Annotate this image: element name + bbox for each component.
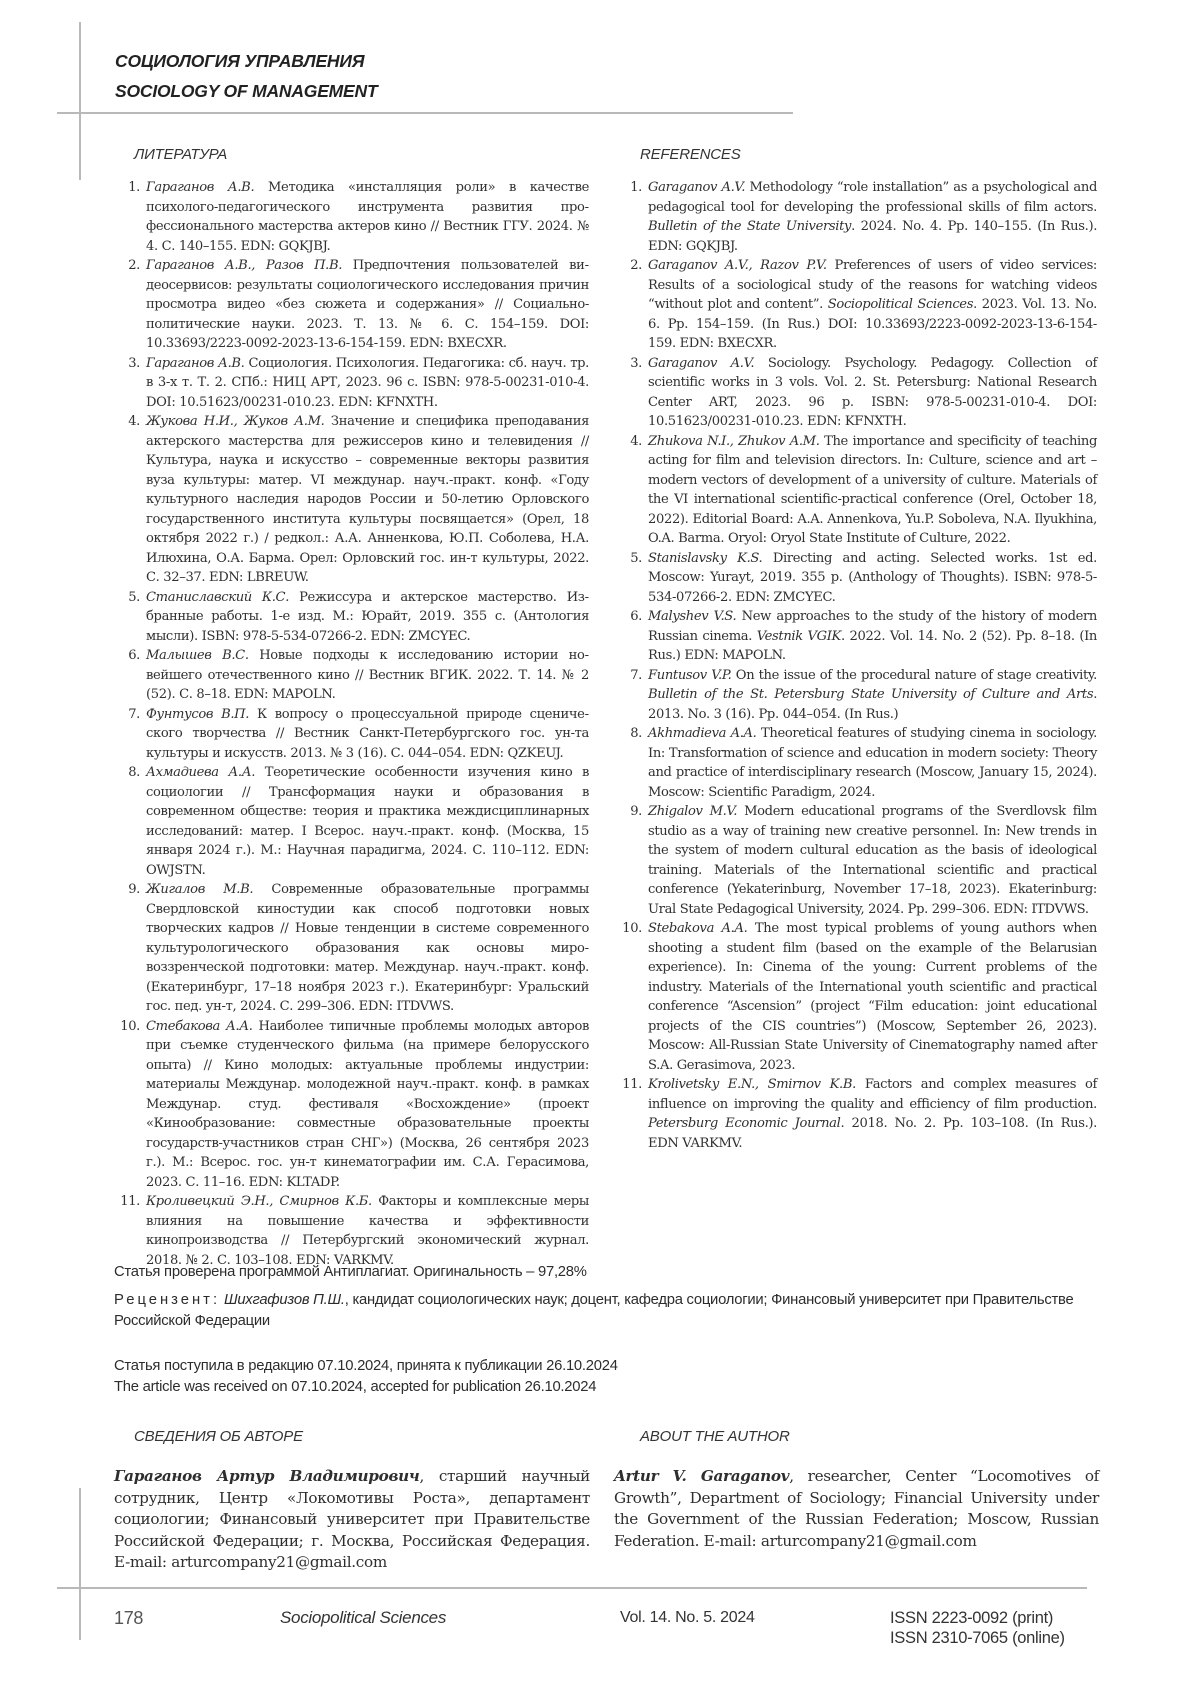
- reference-item: 4.Жукова Н.И., Жуков А.М. Значение и спе…: [112, 412, 589, 588]
- reference-authors: Garaganov A.V.: [648, 180, 745, 195]
- reference-text: The importance and specificity of teachi…: [648, 434, 1097, 547]
- reference-authors: Станиславский К.С.: [146, 590, 289, 605]
- reference-authors: Garaganov A.V., Razov P.V.: [648, 258, 827, 273]
- reference-text: Современные образовательные программы Св…: [146, 882, 589, 1014]
- reference-item: 11.Krolivetsky E.N., Smirnov K.B. Factor…: [614, 1075, 1097, 1153]
- reference-item: 5.Stanislavsky K.S. Directing and acting…: [614, 549, 1097, 608]
- reference-authors: Funtusov V.P.: [648, 668, 731, 683]
- reference-authors: Жигалов М.В.: [146, 882, 253, 897]
- reference-authors: Stebakova A.A.: [648, 921, 747, 936]
- page-number: 178: [114, 1608, 143, 1628]
- reference-journal: Bulletin of the St. Petersburg State Uni…: [648, 687, 1093, 702]
- reference-item: 6.Малышев В.С. Новые подходы к исследова…: [112, 646, 589, 705]
- reviewer-name: Шихгафизов П.Ш.: [224, 1292, 345, 1308]
- reference-authors: Жукова Н.И., Жуков А.М.: [146, 414, 324, 429]
- author-en-title: ABOUT THE AUTHOR: [640, 1428, 790, 1445]
- reference-item: 1.Гараганов А.В. Методика «инсталляция р…: [112, 178, 589, 256]
- reference-journal: Sociopolitical Sciences: [828, 297, 973, 312]
- reference-text: Значение и специфика препода­вания актер…: [146, 414, 589, 585]
- reference-item: 6.Malyshev V.S. New approaches to the st…: [614, 607, 1097, 666]
- reference-text: Modern educational programs of the Sverd…: [648, 804, 1097, 917]
- reference-item: 5.Станиславский К.С. Режиссура и актерск…: [112, 588, 589, 647]
- reference-authors: Стебакова А.А.: [146, 1019, 253, 1034]
- author-info-ru: Гараганов Артур Владимирович, старший на…: [114, 1466, 590, 1574]
- reviewer-label: Рецензент:: [114, 1292, 220, 1308]
- references-ru-title: ЛИТЕРАТУРА: [134, 146, 227, 163]
- running-head: СОЦИОЛОГИЯ УПРАВЛЕНИЯ SOCIOLOGY OF MANAG…: [115, 46, 377, 106]
- reference-authors: Malyshev V.S.: [648, 609, 736, 624]
- references-en-title: REFERENCES: [640, 146, 741, 163]
- reference-authors: Krolivetsky E.N., Smirnov K.B.: [648, 1077, 856, 1092]
- reference-text: The most typical problems of young autho…: [648, 921, 1097, 1073]
- reference-item: 7.Funtusov V.P. On the issue of the proc…: [614, 666, 1097, 725]
- author-name-en: Artur V. Garaganov: [614, 1467, 789, 1485]
- reference-authors: Zhukova N.I., Zhukov A.M.: [648, 434, 820, 449]
- reference-text: Теоретические особенности изучения кино …: [146, 765, 589, 878]
- reference-item: 7.Фунтусов В.П. К вопросу о процессуальн…: [112, 705, 589, 764]
- reference-item: 9.Zhigalov M.V. Modern educational progr…: [614, 802, 1097, 919]
- volume-info: Vol. 14. No. 5. 2024: [620, 1608, 755, 1628]
- author-name-ru: Гараганов Артур Владимирович: [114, 1467, 419, 1485]
- horizontal-rule-top: [57, 112, 793, 114]
- reference-item: 2.Гараганов А.В., Разов П.В. Предпочтени…: [112, 256, 589, 354]
- received-date-ru: Статья поступила в редакцию 07.10.2024, …: [114, 1356, 1104, 1377]
- horizontal-rule-bottom: [57, 1587, 1087, 1589]
- reference-item: 1.Garaganov A.V. Methodology “role insta…: [614, 178, 1097, 256]
- reference-authors: Гараганов А.В., Разов П.В.: [146, 258, 342, 273]
- section-title-ru: СОЦИОЛОГИЯ УПРАВЛЕНИЯ: [115, 46, 377, 76]
- reference-item: 3.Гараганов А.В. Социология. Психология.…: [112, 354, 589, 413]
- references-ru-list: 1.Гараганов А.В. Методика «инсталляция р…: [112, 178, 589, 1270]
- journal-name: Sociopolitical Sciences: [280, 1608, 446, 1628]
- reference-item: 10.Stebakova A.A. The most typical probl…: [614, 919, 1097, 1075]
- reference-text: Наиболее типичные проблемы молодых автор…: [146, 1019, 589, 1190]
- reference-item: 8.Ахмадиева А.А. Теоретические особеннос…: [112, 763, 589, 880]
- reference-authors: Akhmadieva A.A.: [648, 726, 756, 741]
- reference-text: On the issue of the procedural nature of…: [731, 668, 1097, 683]
- plagiarism-note: Статья проверена программой Антиплагиат.…: [114, 1262, 1104, 1283]
- section-title-en: SOCIOLOGY OF MANAGEMENT: [115, 76, 377, 106]
- reference-item: 8.Akhmadieva A.A. Theoretical features o…: [614, 724, 1097, 802]
- reference-item: 9.Жигалов М.В. Современные образовательн…: [112, 880, 589, 1017]
- reference-item: 11.Кроливецкий Э.Н., Смирнов К.Б. Фактор…: [112, 1192, 589, 1270]
- vertical-rule-bottom: [79, 1488, 81, 1640]
- author-info-en: Artur V. Garaganov, researcher, Center “…: [614, 1466, 1099, 1552]
- reference-authors: Zhigalov M.V.: [648, 804, 737, 819]
- reference-authors: Stanislavsky K.S.: [648, 551, 762, 566]
- reference-authors: Фунтусов В.П.: [146, 707, 249, 722]
- issn-online: ISSN 2310-7065 (online): [890, 1628, 1065, 1648]
- reference-item: 10.Стебакова А.А. Наиболее типичные проб…: [112, 1017, 589, 1193]
- issn-print: ISSN 2223-0092 (print): [890, 1608, 1065, 1628]
- reference-authors: Garaganov A.V.: [648, 356, 754, 371]
- vertical-rule-top: [79, 22, 81, 180]
- reviewer-block: Рецензент: Шихгафизов П.Ш., кандидат соц…: [114, 1290, 1104, 1332]
- received-date-en: The article was received on 07.10.2024, …: [114, 1377, 1104, 1398]
- reference-item: 2.Garaganov A.V., Razov P.V. Preferences…: [614, 256, 1097, 354]
- reference-item: 3.Garaganov A.V. Sociology. Psychology. …: [614, 354, 1097, 432]
- reference-authors: Кроливецкий Э.Н., Смирнов К.Б.: [146, 1194, 372, 1209]
- reference-journal: Petersburg Economic Journal: [648, 1116, 840, 1131]
- reference-authors: Гараганов А.В.: [146, 356, 245, 371]
- reference-journal: Vestnik VGIK: [757, 629, 841, 644]
- issn-block: ISSN 2223-0092 (print) ISSN 2310-7065 (o…: [890, 1608, 1065, 1648]
- reference-item: 4.Zhukova N.I., Zhukov A.M. The importan…: [614, 432, 1097, 549]
- reference-authors: Малышев В.С.: [146, 648, 249, 663]
- author-ru-title: СВЕДЕНИЯ ОБ АВТОРЕ: [134, 1428, 303, 1445]
- references-en-list: 1.Garaganov A.V. Methodology “role insta…: [614, 178, 1097, 1153]
- reference-authors: Ахмадиева А.А.: [146, 765, 255, 780]
- reference-authors: Гараганов А.В.: [146, 180, 254, 195]
- reference-journal: Bulletin of the State University: [648, 219, 851, 234]
